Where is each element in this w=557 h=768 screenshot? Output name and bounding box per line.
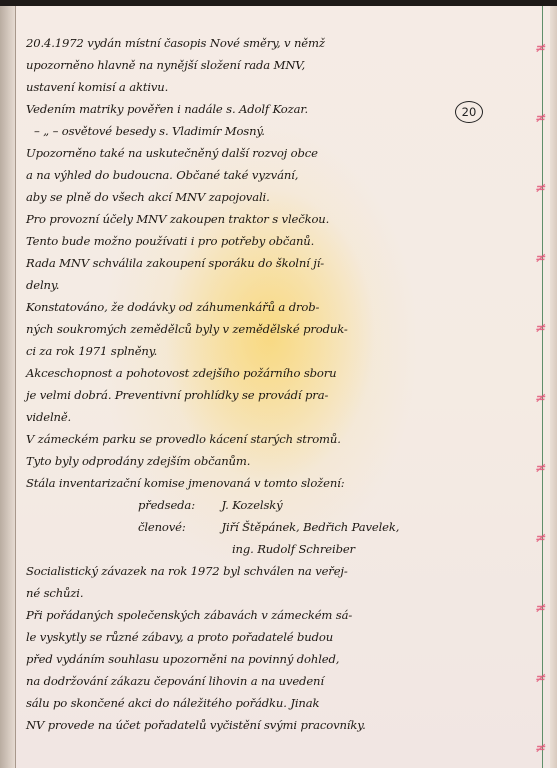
text-line: le vyskytly se různé zábavy, a proto poř… xyxy=(26,626,506,648)
text-line: ci za rok 1971 splněny. xyxy=(26,340,506,362)
text-line: né schůzi. xyxy=(26,582,506,604)
text-line: upozorněno hlavně na nynější složení rad… xyxy=(26,54,506,76)
committee-chair-row: předseda: J. Kozelský xyxy=(26,494,506,516)
margin-tick-mark: ≠ xyxy=(533,112,549,126)
margin-tick-mark: ≠ xyxy=(533,42,549,56)
margin-tick-mark: ≠ xyxy=(533,392,549,406)
chair-name: J. Kozelský xyxy=(222,498,283,512)
text-line: Konstatováno, že dodávky od záhumenkářů … xyxy=(26,296,506,318)
margin-tick-mark: ≠ xyxy=(533,322,549,336)
margin-tick-mark: ≠ xyxy=(533,742,549,756)
text-line: ných soukromých zemědělců byly v zeměděl… xyxy=(26,318,506,340)
text-line: Socialistický závazek na rok 1972 byl sc… xyxy=(26,560,506,582)
text-line: Tyto byly odprodány zdejším občanům. xyxy=(26,450,506,472)
text-line: sálu po skončené akci do náležitého pořá… xyxy=(26,692,506,714)
page-binding xyxy=(0,6,16,768)
text-line: aby se plně do všech akcí MNV zapojovali… xyxy=(26,186,506,208)
text-line: videlně. xyxy=(26,406,506,428)
text-line: – „ – osvětové besedy s. Vladimír Mosný. xyxy=(26,120,506,142)
page-edge xyxy=(550,6,557,768)
text-line: na dodržování zákazu čepování lihovin a … xyxy=(26,670,506,692)
members-label: členové: xyxy=(26,516,218,538)
text-line: a na výhled do budoucna. Občané také vyz… xyxy=(26,164,506,186)
chair-label: předseda: xyxy=(26,494,218,516)
notebook-page: 20 20.4.1972 vydán místní časopis Nové s… xyxy=(0,6,557,768)
text-line: je velmi dobrá. Preventivní prohlídky se… xyxy=(26,384,506,406)
text-line: Při pořádaných společenských zábavách v … xyxy=(26,604,506,626)
text-line: V zámeckém parku se provedlo kácení star… xyxy=(26,428,506,450)
binding-crease xyxy=(15,6,16,768)
text-line: Rada MNV schválila zakoupení sporáku do … xyxy=(26,252,506,274)
text-line: před vydáním souhlasu upozorněni na povi… xyxy=(26,648,506,670)
committee-members-row: členové: Jiří Štěpánek, Bedřich Pavelek, xyxy=(26,516,506,538)
margin-tick-mark: ≠ xyxy=(533,602,549,616)
text-line: Akceschopnost a pohotovost zdejšího požá… xyxy=(26,362,506,384)
text-line: Tento bude možno používati i pro potřeby… xyxy=(26,230,506,252)
text-line: Upozorněno také na uskutečněný další roz… xyxy=(26,142,506,164)
text-line: ustavení komisí a aktivu. xyxy=(26,76,506,98)
margin-tick-mark: ≠ xyxy=(533,252,549,266)
text-line: Stála inventarizační komise jmenovaná v … xyxy=(26,472,506,494)
text-line: delny. xyxy=(26,274,506,296)
members-names: Jiří Štěpánek, Bedřich Pavelek, xyxy=(222,520,400,534)
text-line: Pro provozní účely MNV zakoupen traktor … xyxy=(26,208,506,230)
text-line: Vedením matriky pověřen i nadále s. Adol… xyxy=(26,98,506,120)
margin-tick-mark: ≠ xyxy=(533,462,549,476)
margin-tick-mark: ≠ xyxy=(533,182,549,196)
handwritten-text: 20.4.1972 vydán místní časopis Nové směr… xyxy=(26,32,506,736)
margin-tick-mark: ≠ xyxy=(533,672,549,686)
committee-members-continued: ing. Rudolf Schreiber xyxy=(26,538,506,560)
text-line: 20.4.1972 vydán místní časopis Nové směr… xyxy=(26,32,506,54)
margin-tick-mark: ≠ xyxy=(533,532,549,546)
text-line: NV provede na účet pořadatelů vyčistění … xyxy=(26,714,506,736)
